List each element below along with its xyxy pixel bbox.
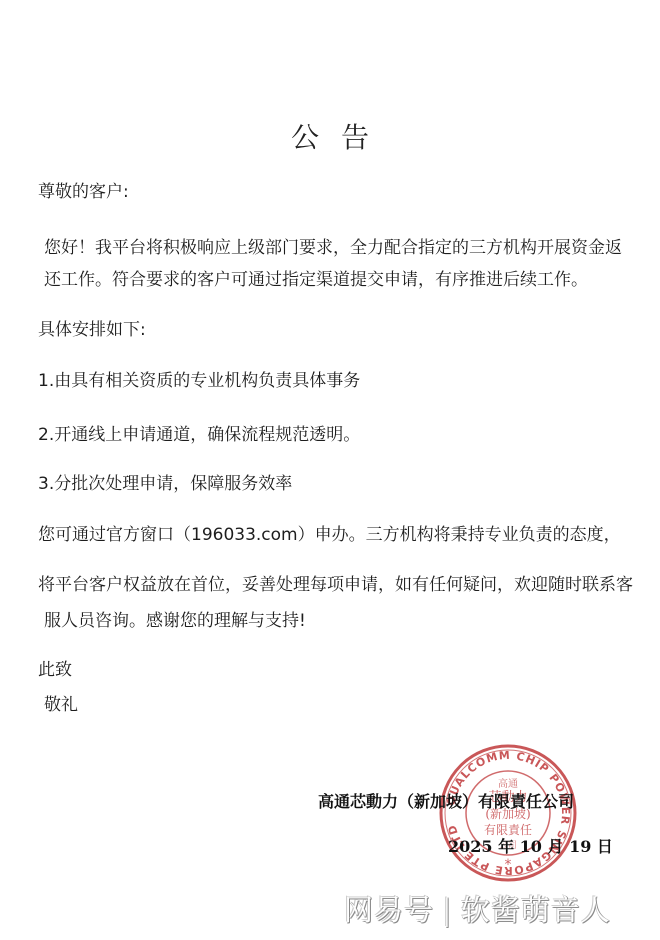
intro-line-2: 还工作。符合要求的客户可通过指定渠道提交申请，有序推进后续工作。 (44, 269, 588, 291)
arrangement-item-2: 2.开通线上申请通道，确保流程规范透明。 (38, 424, 360, 446)
document-date: 2025 年 10 月 19 日 (448, 834, 613, 857)
body-line-1: 您可通过官方窗口（196033.com）申办。三方机构将秉持专业负责的态度， (38, 524, 621, 546)
watermark-author: 软酱萌音人 (461, 893, 611, 927)
closing-line-2: 敬礼 (44, 694, 78, 716)
watermark-platform: 网易号 (344, 893, 434, 927)
company-seal-icon: QUALCOMM CHIP POWER SINGAPORE PTE LTD 高通… (438, 743, 578, 883)
arrangement-item-3: 3.分批次处理申请，保障服务效率 (38, 473, 292, 495)
salutation: 尊敬的客户: (38, 181, 129, 203)
arrangement-heading: 具体安排如下: (38, 319, 146, 341)
watermark-separator: | (442, 893, 453, 927)
document-title: 公告 (0, 116, 660, 156)
svg-text:*: * (505, 857, 512, 873)
arrangement-item-1: 1.由具有相关资质的专业机构负责具体事务 (38, 370, 360, 392)
svg-text:QUALCOMM CHIP POWER SINGAPORE: QUALCOMM CHIP POWER SINGAPORE PTE LTD (444, 749, 572, 877)
intro-line-1: 您好！我平台将积极响应上级部门要求，全力配合指定的三方机构开展资金返 (44, 237, 622, 259)
company-name: 高通芯動力（新加坡）有限責任公司 (318, 789, 574, 812)
body-line-2: 将平台客户权益放在首位，妥善处理每项申请，如有任何疑问，欢迎随时联系客 (38, 574, 633, 596)
closing-line-1: 此致 (38, 659, 72, 681)
body-line-3: 服人员咨询。感谢您的理解与支持! (44, 610, 306, 632)
watermark: 网易号|软酱萌音人 (344, 888, 611, 929)
